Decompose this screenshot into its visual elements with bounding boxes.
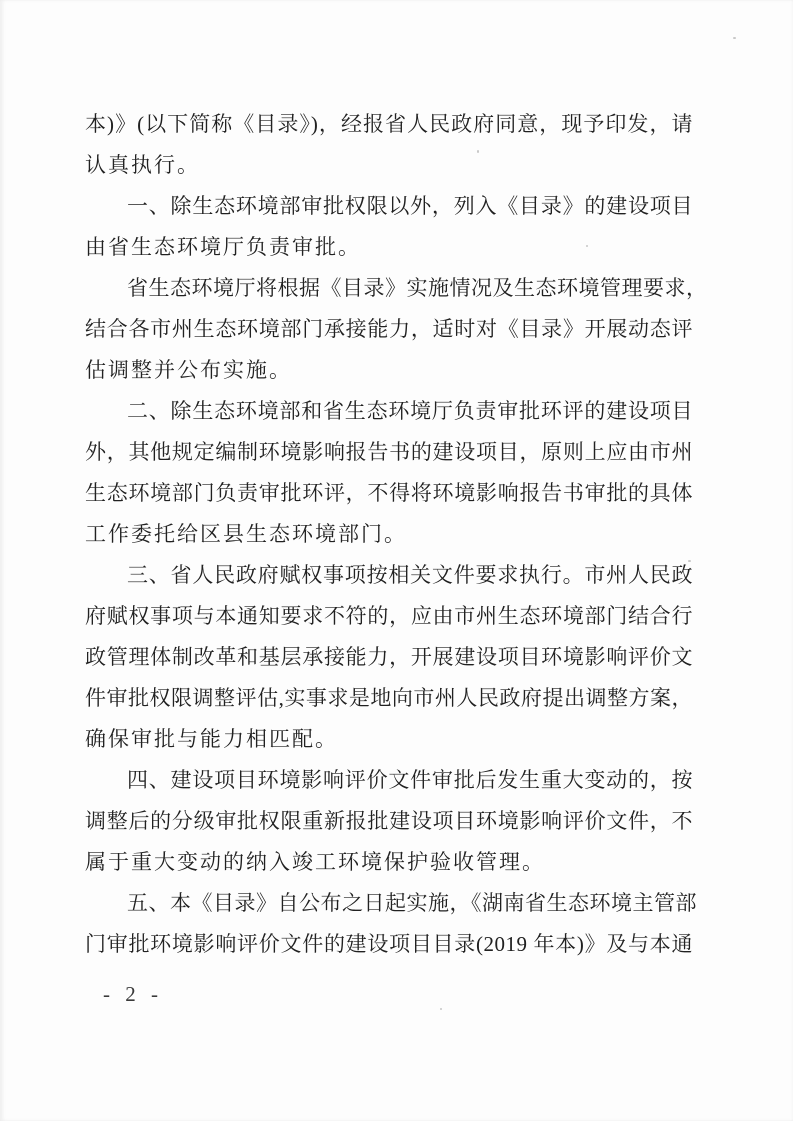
text-line: 结合各市州生态环境部门承接能力，适时对《目录》开展动态评: [85, 309, 693, 350]
text-line: 调整后的分级审批权限重新报批建设项目环境影响评价文件，不: [85, 801, 693, 842]
text-line: 估调整并公布实施。: [85, 350, 693, 391]
text-line: 外，其他规定编制环境影响报告书的建设项目，原则上应由市州: [85, 432, 693, 473]
text-line: 确保审批与能力相匹配。: [85, 719, 693, 760]
text-line: 认真执行。: [85, 145, 693, 186]
text-line: 省生态环境厅将根据《目录》实施情况及生态环境管理要求，: [85, 268, 693, 309]
scan-speck: [440, 1008, 442, 1010]
text-line: 二、除生态环境部和省生态环境厅负责审批环评的建设项目: [85, 391, 693, 432]
text-line: 工作委托给区县生态环境部门。: [85, 514, 693, 555]
text-line: 本)》(以下简称《目录》)，经报省人民政府同意，现予印发，请: [85, 104, 693, 145]
text-line: 三、省人民政府赋权事项按相关文件要求执行。市州人民政: [85, 555, 693, 596]
text-line: 一、除生态环境部审批权限以外，列入《目录》的建设项目: [85, 186, 693, 227]
text-line: 生态环境部门负责审批环评，不得将环境影响报告书审批的具体: [85, 473, 693, 514]
text-line: 门审批环境影响评价文件的建设项目目录(2019 年本)》及与本通: [85, 924, 693, 965]
document-page: 本)》(以下简称《目录》)，经报省人民政府同意，现予印发，请 认真执行。 一、除…: [0, 0, 793, 1121]
scan-speck: [733, 37, 736, 39]
scan-speck: [586, 245, 588, 247]
text-line: 五、本《目录》自公布之日起实施，《湖南省生态环境主管部: [85, 883, 693, 924]
document-body: 本)》(以下简称《目录》)，经报省人民政府同意，现予印发，请 认真执行。 一、除…: [85, 104, 693, 965]
text-line: 由省生态环境厅负责审批。: [85, 227, 693, 268]
text-line: 府赋权事项与本通知要求不符的，应由市州生态环境部门结合行: [85, 596, 693, 637]
text-line: 四、建设项目环境影响评价文件审批后发生重大变动的，按: [85, 760, 693, 801]
scan-speck: [688, 560, 691, 562]
scan-speck: [477, 150, 479, 153]
text-line: 政管理体制改革和基层承接能力，开展建设项目环境影响评价文: [85, 637, 693, 678]
page-number: - 2 -: [103, 982, 163, 1007]
text-line: 件审批权限调整评估,实事求是地向市州人民政府提出调整方案，: [85, 678, 693, 719]
text-line: 属于重大变动的纳入竣工环境保护验收管理。: [85, 842, 693, 883]
